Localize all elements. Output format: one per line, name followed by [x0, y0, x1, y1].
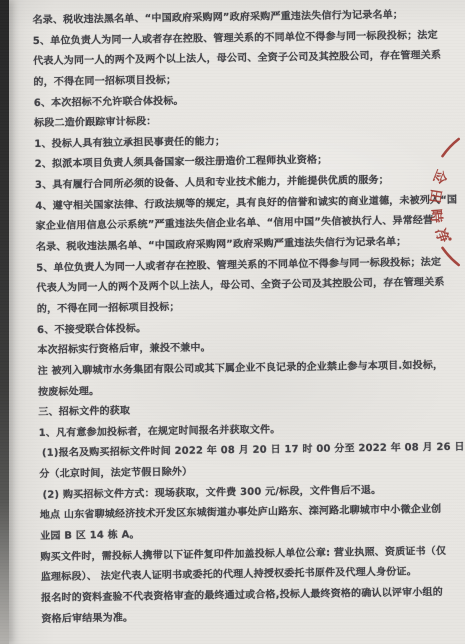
stamp-arc-bottom: [443, 248, 459, 265]
stamp-glyph: 净: [431, 226, 452, 246]
stamp-dot: [448, 237, 451, 240]
stamp-glyph: 畤: [427, 208, 444, 223]
scan-left-edge-shadow: [0, 0, 9, 644]
stamp-glyph: 佥: [429, 167, 450, 186]
scanned-document-page: 名录、税收违法黑名单、“中国政府采购网”政府采购严重违法失信行为记录名单； 5、…: [0, 0, 465, 644]
document-text: 名录、税收违法黑名单、“中国政府采购网”政府采购严重违法失信行为记录名单； 5、…: [32, 5, 463, 630]
red-seal-stamp: 佥 田 畤 净: [408, 122, 465, 282]
stamp-glyph: 田: [426, 188, 444, 204]
stamp-arc-top: [443, 139, 459, 156]
